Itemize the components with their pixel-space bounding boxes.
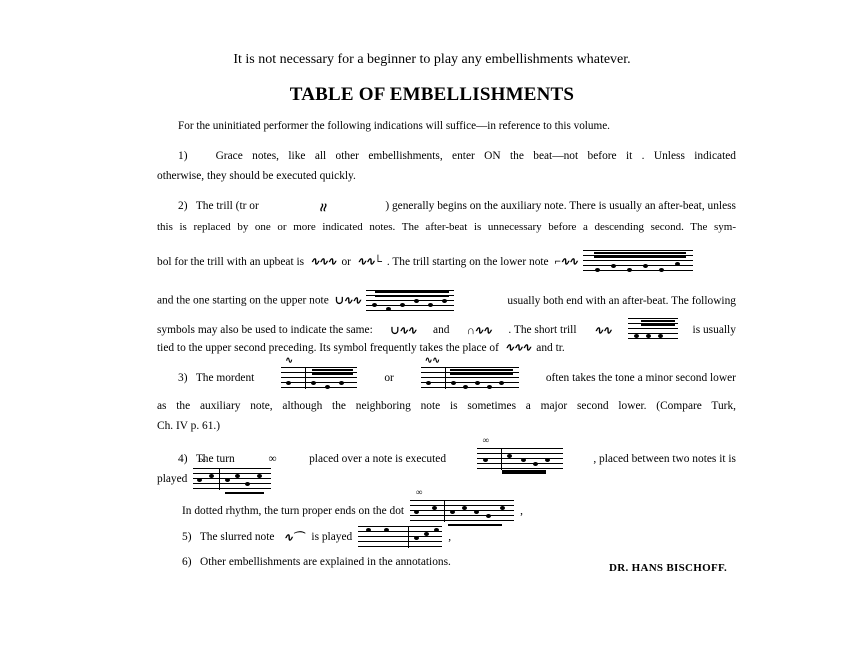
item-2-line-6: tied to the upper second preceding. Its …	[157, 340, 565, 354]
trill-upbeat-icon: ∿∿∿	[310, 254, 336, 268]
page-title: TABLE OF EMBELLISHMENTS	[0, 84, 864, 106]
item-6-line-1: 6) Other embellishments are explained in…	[182, 556, 451, 568]
item-2-line-3: bol for the trill with an upbeat is ∿∿∿ …	[157, 250, 693, 275]
item-4-line-3: In dotted rhythm, the turn proper ends o…	[182, 500, 523, 522]
mordent-notation-1: ∿	[281, 367, 357, 389]
item-1-line-2: otherwise, they should be executed quick…	[157, 170, 356, 182]
trill-lower-icon: ⌐∿∿	[554, 254, 577, 268]
trill-upper-icon: ∪∿∿	[335, 293, 361, 307]
item-3-line-3: Ch. IV p. 61.)	[157, 420, 220, 432]
trill-wavy-icon: ≀≀	[319, 200, 326, 214]
item-4-line-1: 4) The turn ∞ placed over a note is exec…	[178, 448, 736, 470]
trill-same-icon-2: ∩∿∿	[467, 323, 491, 337]
item-3-line-1: 3) The mordent ∿ or ∿∿ often takes the t…	[178, 367, 736, 389]
turn-icon: ∞	[268, 453, 275, 465]
trill-upbeat-alt-icon: ∿∿└	[357, 254, 381, 268]
intro-sentence: It is not necessary for a beginner to pl…	[0, 52, 864, 68]
turn-dotted-rhythm-notation: ∞	[410, 500, 514, 522]
short-trill-notation	[628, 318, 678, 342]
trill-mark-icon: ∿∿∿	[505, 340, 531, 354]
item-2-line-1: 2) The trill (tr or ≀≀ ) generally begin…	[178, 200, 736, 214]
turn-over-note-notation: ∞	[477, 448, 563, 470]
lead-sentence: For the uninitiated performer the follow…	[178, 120, 610, 132]
turn-between-notes-notation: ∞	[193, 468, 271, 490]
item-5-line-1: 5) The slurred note ∿⌒ is played ,	[182, 526, 451, 548]
item-1-line-1: 1) Grace notes, like all other embellish…	[178, 150, 736, 162]
slurred-note-notation	[358, 526, 442, 548]
trill-lower-notation	[583, 250, 693, 275]
item-2-line-5: symbols may also be used to indicate the…	[157, 318, 736, 342]
item-2-line-4: and the one starting on the upper note ∪…	[157, 290, 736, 312]
author-signature: DR. HANS BISCHOFF.	[609, 562, 727, 574]
trill-upper-notation	[366, 290, 454, 312]
item-4-line-2: played ∞	[157, 468, 271, 490]
slurred-note-icon: ∿⌒	[283, 529, 302, 545]
item-2-line-2: this is replaced by one or more indicate…	[157, 221, 736, 233]
item-3-line-2: as the auxiliary note, although the neig…	[157, 400, 736, 412]
short-trill-icon: ∿∿	[594, 323, 611, 337]
mordent-notation-2: ∿∿	[421, 367, 519, 389]
trill-same-icon-1: ∪∿∿	[390, 323, 416, 337]
